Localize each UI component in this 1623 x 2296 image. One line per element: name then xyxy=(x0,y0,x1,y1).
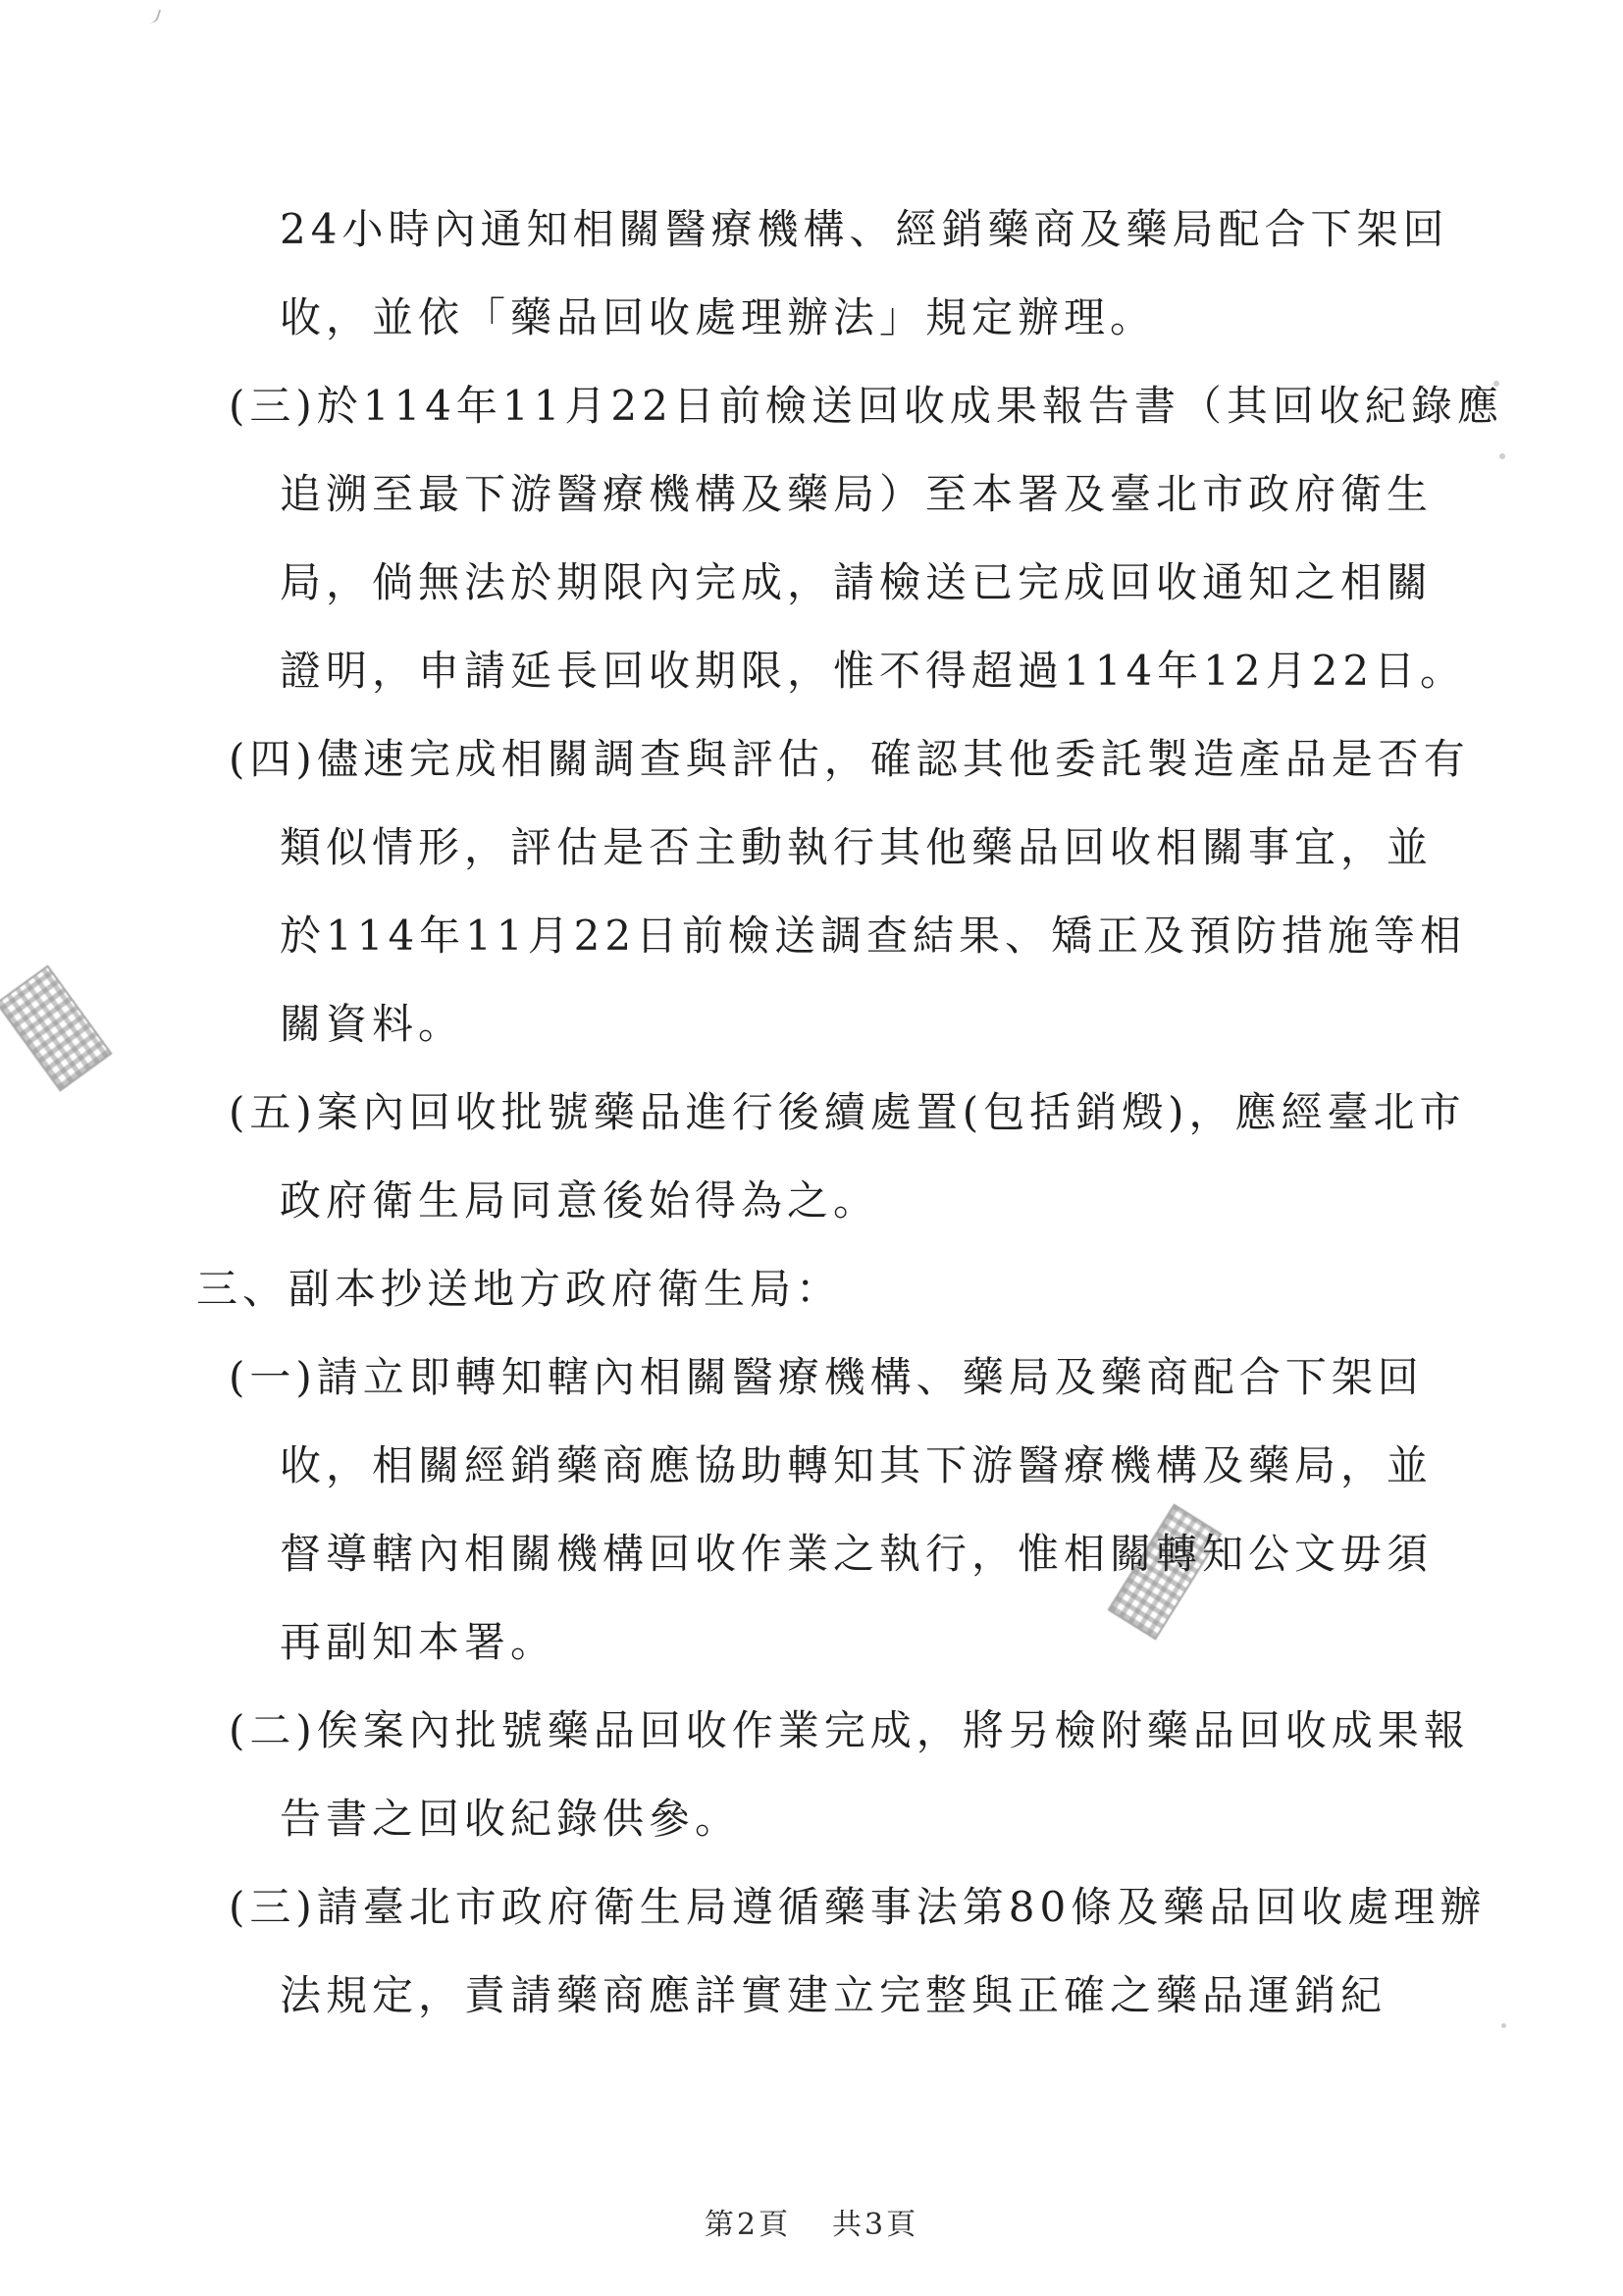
text-line: 督導轄內相關機構回收作業之執行，惟相關轉知公文毋須 xyxy=(0,1510,1623,1598)
text-line: 收，相關經銷藥商應協助轉知其下游醫療機構及藥局，並 xyxy=(0,1422,1623,1510)
text-line: 法規定，責請藥商應詳實建立完整與正確之藥品運銷紀 xyxy=(0,1952,1623,2040)
text-line: 政府衛生局同意後始得為之。 xyxy=(0,1157,1623,1245)
text-line: 再副知本署。 xyxy=(0,1598,1623,1687)
page-footer: 第2頁共3頁 xyxy=(0,2200,1623,2243)
text-line: 關資料。 xyxy=(0,980,1623,1069)
text-line: 類似情形，評估是否主動執行其他藥品回收相關事宜，並 xyxy=(0,804,1623,892)
text-line: 告書之回收紀錄供參。 xyxy=(0,1775,1623,1863)
document-body: 24小時內通知相關醫療機構、經銷藥商及藥局配合下架回 收，並依「藥品回收處理辦法… xyxy=(0,185,1623,2040)
text-line: 24小時內通知相關醫療機構、經銷藥商及藥局配合下架回 xyxy=(0,185,1623,274)
text-line-item-3b: (三)請臺北市政府衛生局遵循藥事法第80條及藥品回收處理辦 xyxy=(0,1863,1623,1952)
text-line-item-5: (五)案內回收批號藥品進行後續處置(包括銷燬)，應經臺北市 xyxy=(0,1069,1623,1157)
text-line: 局，倘無法於期限內完成，請檢送已完成回收通知之相關 xyxy=(0,539,1623,627)
text-line-item-3: (三)於114年11月22日前檢送回收成果報告書（其回收紀錄應 xyxy=(0,362,1623,450)
pen-mark-artifact xyxy=(145,7,161,26)
text-line-section-3: 三、副本抄送地方政府衛生局： xyxy=(0,1245,1623,1333)
text-line: 於114年11月22日前檢送調查結果、矯正及預防措施等相 xyxy=(0,892,1623,980)
text-line-item-4: (四)儘速完成相關調查與評估，確認其他委託製造產品是否有 xyxy=(0,715,1623,804)
text-line: 證明，申請延長回收期限，惟不得超過114年12月22日。 xyxy=(0,627,1623,715)
document-page: 24小時內通知相關醫療機構、經銷藥商及藥局配合下架回 收，並依「藥品回收處理辦法… xyxy=(0,0,1623,2296)
text-line: 追溯至最下游醫療機構及藥局）至本署及臺北市政府衛生 xyxy=(0,450,1623,539)
page-total: 共3頁 xyxy=(832,2208,918,2242)
text-line-item-2: (二)俟案內批號藥品回收作業完成，將另檢附藥品回收成果報 xyxy=(0,1687,1623,1775)
text-line-item-1: (一)請立即轉知轄內相關醫療機構、藥局及藥商配合下架回 xyxy=(0,1333,1623,1422)
page-number: 第2頁 xyxy=(705,2208,791,2242)
text-line: 收，並依「藥品回收處理辦法」規定辦理。 xyxy=(0,274,1623,362)
